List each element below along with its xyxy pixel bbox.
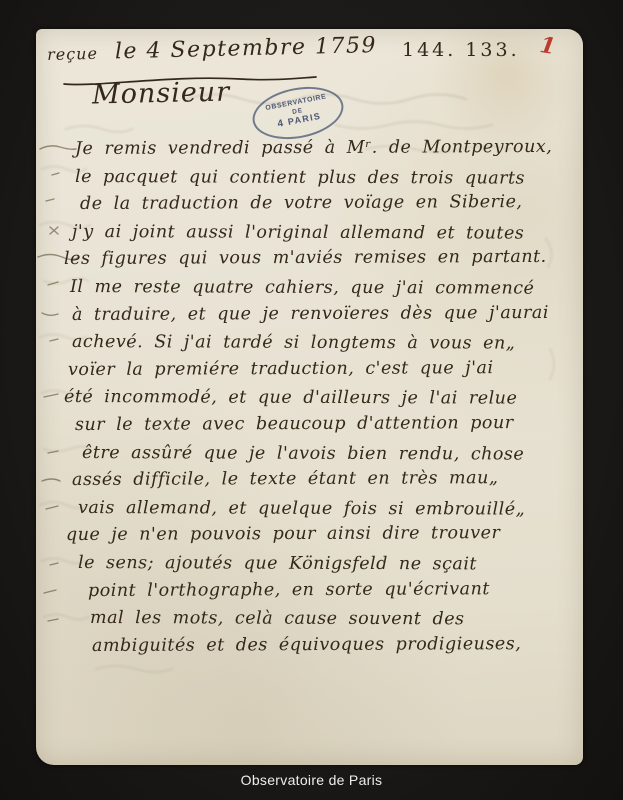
letter-line: de la traduction de votre voïage en Sibe… [80, 189, 576, 219]
letter-line: Il me reste quatre cahiers, que j'ai com… [70, 274, 576, 303]
letter-line: les figures qui vous m'aviés remises en … [64, 244, 576, 274]
archive-photo-viewer: reçue le 4 Septembre 1759 144. 133. 1 Mo… [0, 0, 623, 800]
letter-line: ambiguités et des équivoques prodigieuse… [92, 631, 576, 661]
letter-line: sur le texte avec beaucoup d'attention p… [75, 410, 576, 440]
letter-line: à traduire, et que je renvoïeres dès que… [72, 299, 576, 329]
letter-line: voïer la premiére traduction, c'est que … [68, 355, 576, 385]
letter-line: Je remis vendredi passé à Mʳ. de Montpey… [75, 134, 576, 164]
letter-line: point l'orthographe, en sorte qu'écrivan… [88, 575, 576, 605]
letter-line: le sens; ajoutés que Königsfeld ne sçait [78, 550, 576, 579]
salutation: Monsieur [92, 77, 231, 111]
received-note-prefix: reçue [47, 44, 98, 64]
stamp-mark: 4 [277, 118, 285, 130]
manuscript-page: reçue le 4 Septembre 1759 144. 133. 1 Mo… [36, 29, 583, 765]
letter-line: assés difficile, le texte étant en très … [72, 465, 576, 495]
letter-line: mal les mots, celà cause souvent des [90, 605, 576, 634]
letter-body: Je remis vendredi passé à Mʳ. de Montpey… [64, 136, 576, 660]
letter-line: que je n'en pouvois pour ainsi dire trou… [66, 520, 576, 550]
received-note-date: le 4 Septembre 1759 [115, 33, 378, 64]
folio-number: 1 [538, 32, 557, 60]
stamp-row: 4 PARIS [277, 111, 323, 131]
letter-line: achevé. Si j'ai tardé si longtems à vous… [72, 329, 576, 358]
archive-number: 144. 133. [402, 39, 520, 61]
caption: Observatoire de Paris [0, 772, 623, 788]
received-note: reçue le 4 Septembre 1759 [47, 33, 378, 66]
